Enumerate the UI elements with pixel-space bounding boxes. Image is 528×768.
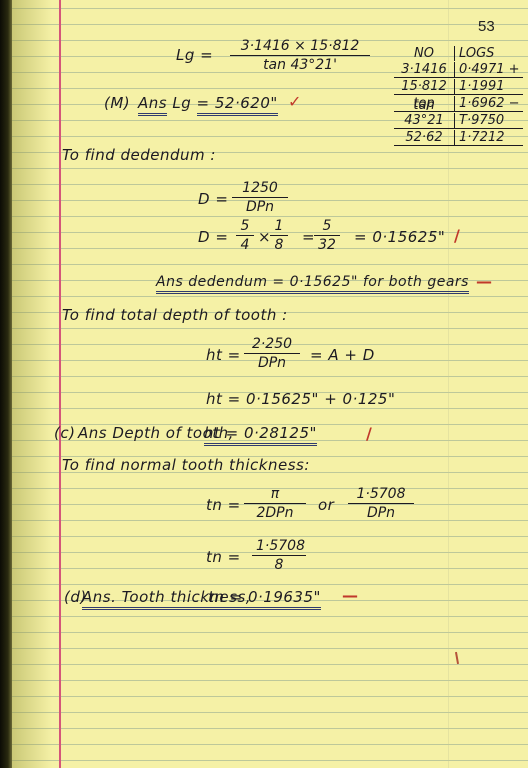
depth-heading: To find total depth of tooth :	[62, 306, 288, 324]
log-cell-log: 1·7212	[454, 130, 523, 146]
fraction-numerator: 1250	[232, 180, 288, 198]
lg-answer-prefix: Ans	[138, 94, 167, 116]
fraction-numerator: 1·5708	[252, 538, 306, 556]
lg-numerator: 3·1416 × 15·812	[230, 38, 370, 56]
fraction-denominator: 4	[236, 236, 254, 253]
fraction-numerator: 1·5708	[348, 486, 414, 504]
lg-answer-value: = 52·620"	[197, 94, 278, 116]
lg-answer-label: (M)	[104, 94, 130, 112]
page-number: 53	[478, 18, 495, 35]
fraction-numerator: 1	[270, 218, 288, 236]
binding-shadow	[12, 0, 52, 768]
fraction-denominator: 8	[252, 556, 306, 573]
dedendum-eq2-frac1: 5 4	[236, 218, 254, 253]
dedendum-check-mark: /	[454, 226, 460, 245]
thickness-heading: To find normal tooth thickness:	[62, 456, 310, 474]
lg-fraction: 3·1416 × 15·812 tan 43°21'	[230, 38, 370, 73]
log-cell-log: 0·4971 +	[454, 62, 523, 78]
page-binding-edge	[0, 0, 12, 768]
log-cell-no: 15·812	[394, 79, 454, 95]
depth-eq1-rhs: = A + D	[310, 346, 375, 364]
dedendum-answer: Ans dedendum = 0·15625" for both gears	[156, 274, 469, 294]
fraction-numerator: π	[244, 486, 306, 504]
thickness-eq2-fraction: 1·5708 8	[252, 538, 306, 573]
depth-eq1-lhs: ht =	[206, 346, 241, 364]
dedendum-answer-check: —	[476, 272, 492, 291]
depth-eq1-fraction: 2·250 DPn	[244, 336, 300, 371]
fraction-numerator: 2·250	[244, 336, 300, 354]
dedendum-eq2-lhs: D =	[198, 228, 228, 246]
lg-denominator: tan 43°21'	[230, 56, 370, 73]
notebook-page: 53 Lg = 3·1416 × 15·812 tan 43°21' (M) A…	[0, 0, 528, 768]
lg-check-mark: ✓	[288, 92, 301, 111]
log-header-logs: LOGS	[454, 46, 523, 61]
log-cell-no: tan 43°21	[394, 98, 454, 129]
log-header-no: NO	[394, 46, 454, 61]
log-table-row: tan 43°21 T·9750	[394, 112, 523, 129]
dedendum-eq2-frac3: 5 32	[314, 218, 340, 253]
dedendum-heading: To find dedendum :	[62, 146, 216, 164]
log-table-row: 52·62 1·7212	[394, 129, 523, 146]
dedendum-eq2-frac2: 1 8	[270, 218, 288, 253]
depth-answer-value: ht = 0·28125"	[204, 424, 317, 446]
or-text: or	[318, 496, 334, 514]
fraction-numerator: 5	[314, 218, 340, 236]
dedendum-eq1-lhs: D =	[198, 190, 228, 208]
thickness-eq1-lhs: tn =	[206, 496, 241, 514]
log-cell-no: 52·62	[394, 130, 454, 146]
lg-answer-lhs: Lg	[172, 94, 191, 112]
thickness-check-mark: —	[342, 586, 358, 605]
log-table-header: NO LOGS	[394, 44, 523, 61]
fraction-denominator: 2DPn	[244, 504, 306, 521]
log-cell-no: 3·1416	[394, 62, 454, 78]
log-table-row: 3·1416 0·4971 +	[394, 61, 523, 78]
fraction-denominator: DPn	[244, 354, 300, 371]
thickness-eq2-lhs: tn =	[206, 548, 241, 566]
depth-check-mark: /	[366, 424, 372, 443]
fraction-denominator: 32	[314, 236, 340, 253]
depth-eq2: ht = 0·15625" + 0·125"	[206, 390, 395, 408]
thickness-eq1-frac2: 1·5708 DPn	[348, 486, 414, 521]
log-cell-log: 1·1991	[454, 79, 523, 95]
log-cell-log: T·9750	[454, 113, 523, 129]
margin-line	[59, 0, 61, 768]
thickness-eq1-frac1: π 2DPn	[244, 486, 306, 521]
fraction-denominator: 8	[270, 236, 288, 253]
fraction-denominator: DPn	[232, 198, 288, 215]
dedendum-eq2-result: = 0·15625"	[354, 228, 445, 246]
log-table: NO LOGS 3·1416 0·4971 + 15·812 1·1991 to…	[394, 44, 523, 146]
fraction-numerator: 5	[236, 218, 254, 236]
fraction-denominator: DPn	[348, 504, 414, 521]
log-table-row: 15·812 1·1991	[394, 78, 523, 95]
log-cell-log: 1·6962 −	[454, 96, 523, 112]
thickness-answer-value: tn = 0·19635"	[208, 588, 321, 610]
lg-lhs: Lg =	[176, 46, 213, 64]
stray-pen-mark	[455, 652, 459, 664]
dedendum-eq1-fraction: 1250 DPn	[232, 180, 288, 215]
depth-answer-label: (c)	[54, 424, 75, 442]
lg-answer: Ans Lg = 52·620"	[138, 94, 278, 112]
